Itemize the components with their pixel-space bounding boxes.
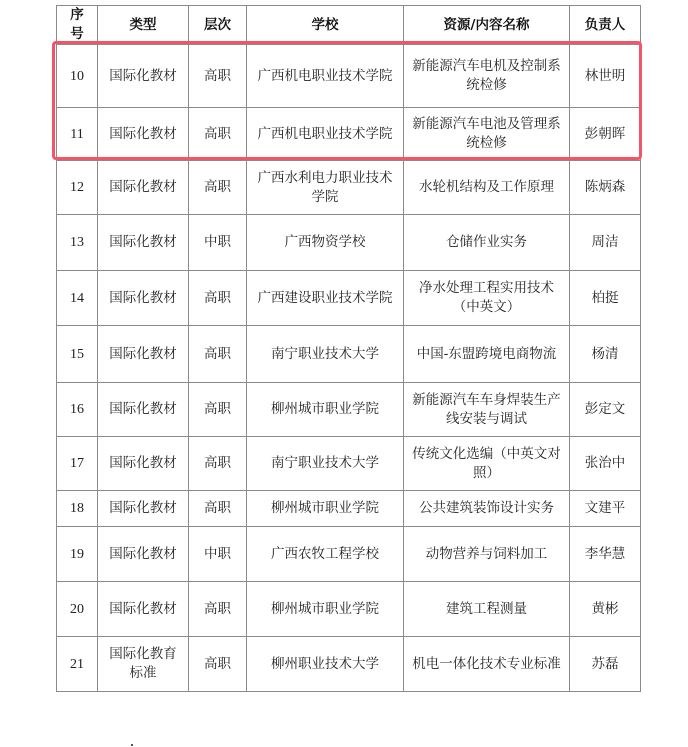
cell-owner: 彭朝晖 (570, 108, 641, 161)
cell-no: 14 (57, 271, 98, 326)
cell-resource: 新能源汽车电机及控制系统检修 (404, 45, 570, 108)
table-row: 19 国际化教材 中职 广西农牧工程学校 动物营养与饲料加工 李华慧 (57, 527, 641, 582)
cell-owner: 杨清 (570, 326, 641, 383)
cell-level: 高职 (189, 108, 247, 161)
cell-level: 高职 (189, 383, 247, 437)
table-row: 18 国际化教材 高职 柳州城市职业学院 公共建筑装饰设计实务 文建平 (57, 491, 641, 527)
cell-type: 国际化教材 (98, 215, 189, 271)
cell-school: 广西建设职业技术学院 (247, 271, 404, 326)
cell-level: 高职 (189, 161, 247, 215)
cell-type: 国际化教材 (98, 45, 189, 108)
cell-type: 国际化教材 (98, 271, 189, 326)
cell-owner: 李华慧 (570, 527, 641, 582)
table-row: 10 国际化教材 高职 广西机电职业技术学院 新能源汽车电机及控制系统检修 林世… (57, 45, 641, 108)
cell-no: 15 (57, 326, 98, 383)
header-level: 层次 (189, 6, 247, 45)
cell-level: 高职 (189, 45, 247, 108)
cell-level: 高职 (189, 271, 247, 326)
header-owner: 负责人 (570, 6, 641, 45)
cell-resource: 新能源汽车电池及管理系统检修 (404, 108, 570, 161)
cell-owner: 林世明 (570, 45, 641, 108)
header-type: 类型 (98, 6, 189, 45)
cell-school: 柳州城市职业学院 (247, 582, 404, 637)
cell-owner: 陈炳森 (570, 161, 641, 215)
header-school: 学校 (247, 6, 404, 45)
cell-school: 广西机电职业技术学院 (247, 45, 404, 108)
cell-no: 18 (57, 491, 98, 527)
cell-type: 国际化教材 (98, 491, 189, 527)
cell-type: 国际化教育标准 (98, 637, 189, 692)
cell-level: 高职 (189, 582, 247, 637)
table-row: 11 国际化教材 高职 广西机电职业技术学院 新能源汽车电池及管理系统检修 彭朝… (57, 108, 641, 161)
resource-table: 序号 类型 层次 学校 资源/内容名称 负责人 10 国际化教材 高职 广西机电… (56, 5, 641, 692)
cell-school: 柳州城市职业学院 (247, 491, 404, 527)
table-row: 14 国际化教材 高职 广西建设职业技术学院 净水处理工程实用技术（中英文） 柏… (57, 271, 641, 326)
cell-resource: 机电一体化技术专业标准 (404, 637, 570, 692)
cell-owner: 柏挺 (570, 271, 641, 326)
cell-type: 国际化教材 (98, 161, 189, 215)
cell-owner: 黄彬 (570, 582, 641, 637)
cell-type: 国际化教材 (98, 383, 189, 437)
table-row: 12 国际化教材 高职 广西水利电力职业技术学院 水轮机结构及工作原理 陈炳森 (57, 161, 641, 215)
cell-level: 高职 (189, 491, 247, 527)
table-header-row: 序号 类型 层次 学校 资源/内容名称 负责人 (57, 6, 641, 45)
cell-type: 国际化教材 (98, 108, 189, 161)
cell-no: 19 (57, 527, 98, 582)
header-no: 序号 (57, 6, 98, 45)
cell-no: 13 (57, 215, 98, 271)
cell-type: 国际化教材 (98, 527, 189, 582)
cell-no: 21 (57, 637, 98, 692)
cell-school: 南宁职业技术大学 (247, 326, 404, 383)
table-row: 20 国际化教材 高职 柳州城市职业学院 建筑工程测量 黄彬 (57, 582, 641, 637)
cell-level: 高职 (189, 437, 247, 491)
cell-no: 10 (57, 45, 98, 108)
cell-school: 广西农牧工程学校 (247, 527, 404, 582)
table-row: 13 国际化教材 中职 广西物资学校 仓储作业实务 周洁 (57, 215, 641, 271)
cell-owner: 文建平 (570, 491, 641, 527)
cell-type: 国际化教材 (98, 437, 189, 491)
cell-school: 柳州职业技术大学 (247, 637, 404, 692)
cell-level: 高职 (189, 326, 247, 383)
cell-school: 南宁职业技术大学 (247, 437, 404, 491)
cell-level: 中职 (189, 215, 247, 271)
cell-resource: 仓储作业实务 (404, 215, 570, 271)
cell-owner: 周洁 (570, 215, 641, 271)
cell-level: 高职 (189, 637, 247, 692)
cell-resource: 中国-东盟跨境电商物流 (404, 326, 570, 383)
cell-no: 16 (57, 383, 98, 437)
cell-school: 广西物资学校 (247, 215, 404, 271)
table-row: 16 国际化教材 高职 柳州城市职业学院 新能源汽车车身焊装生产线安装与调试 彭… (57, 383, 641, 437)
cell-resource: 动物营养与饲料加工 (404, 527, 570, 582)
cell-type: 国际化教材 (98, 326, 189, 383)
header-resource: 资源/内容名称 (404, 6, 570, 45)
cell-owner: 苏磊 (570, 637, 641, 692)
cell-level: 中职 (189, 527, 247, 582)
cell-no: 17 (57, 437, 98, 491)
cell-school: 柳州城市职业学院 (247, 383, 404, 437)
table-row: 15 国际化教材 高职 南宁职业技术大学 中国-东盟跨境电商物流 杨清 (57, 326, 641, 383)
cell-no: 20 (57, 582, 98, 637)
cell-resource: 公共建筑装饰设计实务 (404, 491, 570, 527)
cell-type: 国际化教材 (98, 582, 189, 637)
cell-resource: 净水处理工程实用技术（中英文） (404, 271, 570, 326)
cell-school: 广西机电职业技术学院 (247, 108, 404, 161)
stray-mark (131, 744, 133, 746)
table-row: 21 国际化教育标准 高职 柳州职业技术大学 机电一体化技术专业标准 苏磊 (57, 637, 641, 692)
cell-no: 12 (57, 161, 98, 215)
table-row: 17 国际化教材 高职 南宁职业技术大学 传统文化选编（中英文对照） 张治中 (57, 437, 641, 491)
cell-owner: 彭定文 (570, 383, 641, 437)
cell-resource: 建筑工程测量 (404, 582, 570, 637)
cell-school: 广西水利电力职业技术学院 (247, 161, 404, 215)
cell-owner: 张治中 (570, 437, 641, 491)
cell-resource: 水轮机结构及工作原理 (404, 161, 570, 215)
cell-resource: 新能源汽车车身焊装生产线安装与调试 (404, 383, 570, 437)
cell-no: 11 (57, 108, 98, 161)
cell-resource: 传统文化选编（中英文对照） (404, 437, 570, 491)
